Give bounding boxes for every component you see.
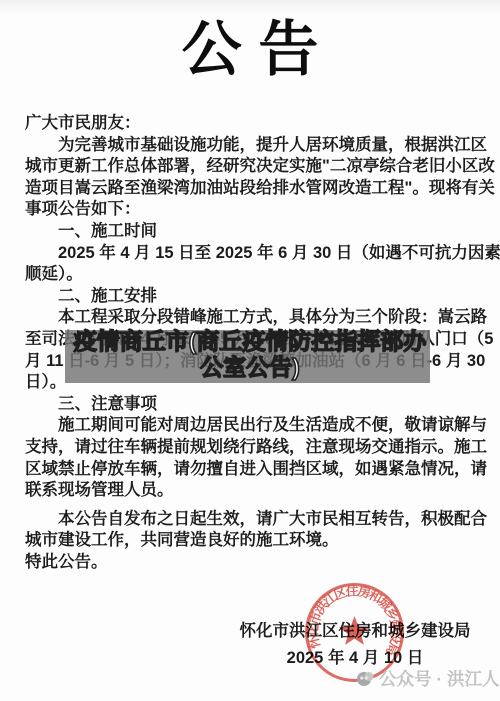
page-title: 公 告: [0, 16, 500, 84]
publisher-watermark-text: 公众号 · 洪江人: [379, 666, 500, 691]
body-line: 一、施工时间: [25, 221, 485, 243]
body-line: 区域禁止停放车辆，请勿擅自进入围挡区域，如遇紧急情况，请: [25, 459, 485, 481]
watermark-title: 疫情商丘市(商丘疫情防控指挥部办 公室公告): [40, 328, 460, 380]
body-line: 造项目嵩云路至渔梁湾加油站段给排水管网改造工程"。现将有关: [25, 178, 485, 200]
body-line: 本公告自发布之日起生效，请广大市民相互转告，积极配合: [25, 509, 485, 531]
body-line: 支持，请过往车辆提前规划绕行路线，注意现场交通指示。施工: [25, 437, 485, 459]
body-line: 联系现场管理人员。: [25, 480, 485, 502]
body-line: 特此公告。: [25, 552, 485, 574]
body-line: 二、施工安排: [25, 286, 485, 308]
watermark-title-line2: 公室公告): [40, 354, 460, 380]
publisher-watermark: 公众号 · 洪江人: [356, 667, 500, 689]
seal-star-icon: [339, 616, 369, 645]
body-line: 事项公告如下：: [25, 199, 485, 221]
body-line: 广大市民朋友：: [25, 113, 485, 135]
body-line: 顺延）。: [25, 264, 485, 286]
watermark-title-line1: 疫情商丘市(商丘疫情防控指挥部办: [40, 328, 460, 354]
body-line: 施工期间可能对周边居民出行及生活造成不便，敬请谅解与: [25, 415, 485, 437]
body-line: 城市更新工作总体部署，经研究决定实施"二凉亭综合老旧小区改: [25, 156, 485, 178]
announcement-page: 公 告 广大市民朋友：为完善城市基础设施功能，提升人居环境质量，根据洪江区城市更…: [0, 0, 500, 701]
body-line: 2025 年 4 月 15 日至 2025 年 6 月 30 日（如遇不可抗力因…: [25, 243, 485, 265]
body-line: 城市建设工作，共同营造良好的施工环境。: [25, 530, 485, 552]
wechat-official-account-icon: [356, 669, 374, 687]
body-line: 本工程采取分段错峰施工方式，具体分为三个阶段：嵩云路: [25, 307, 485, 329]
body-line: 为完善城市基础设施功能，提升人居环境质量，根据洪江区: [25, 135, 485, 157]
body-line: 三、注意事项: [25, 394, 485, 416]
